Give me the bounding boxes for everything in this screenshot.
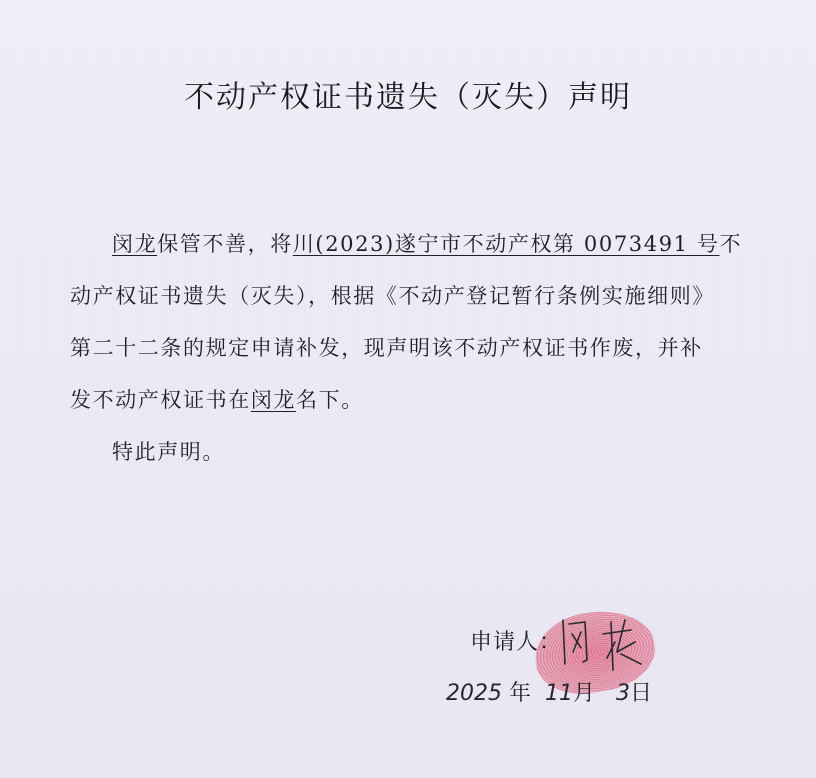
date-year-unit: 年 [509, 681, 531, 706]
date-year: 2025 [446, 681, 502, 706]
body-line-1: 闵龙保管不善，将川(2023)遂宁市不动产权第 0073491 号不 [70, 218, 750, 270]
body-text-4b: 名下。 [296, 388, 364, 412]
declaration-body: 闵龙保管不善，将川(2023)遂宁市不动产权第 0073491 号不 动产权证书… [70, 218, 750, 478]
date-day: 3 [616, 681, 630, 706]
body-line-4: 发不动产权证书在闵龙名下。 [70, 374, 750, 426]
body-text-4a: 发不动产权证书在 [70, 388, 251, 412]
owner-name: 闵龙 [112, 232, 157, 256]
new-owner-name: 闵龙 [251, 388, 296, 412]
applicant-label: 申请人： [470, 625, 562, 656]
handwritten-signature [555, 612, 655, 674]
body-line-3: 第二十二条的规定申请补发，现声明该不动产权证书作废，并补 [70, 322, 750, 374]
date-month: 11 [545, 681, 573, 706]
certificate-number: 川(2023)遂宁市不动产权第 0073491 号 [293, 232, 720, 256]
signing-date: 2025 年 11月 3日 [446, 676, 652, 707]
body-line-2: 动产权证书遗失（灭失），根据《不动产登记暂行条例实施细则》 [70, 270, 750, 322]
body-text-1: 保管不善，将 [157, 232, 293, 256]
body-text-2: 不 [720, 232, 743, 256]
closing-statement: 特此声明。 [70, 426, 750, 478]
document-title: 不动产权证书遗失（灭失）声明 [0, 72, 816, 116]
date-month-unit: 月 [573, 681, 595, 706]
date-day-unit: 日 [630, 681, 652, 706]
